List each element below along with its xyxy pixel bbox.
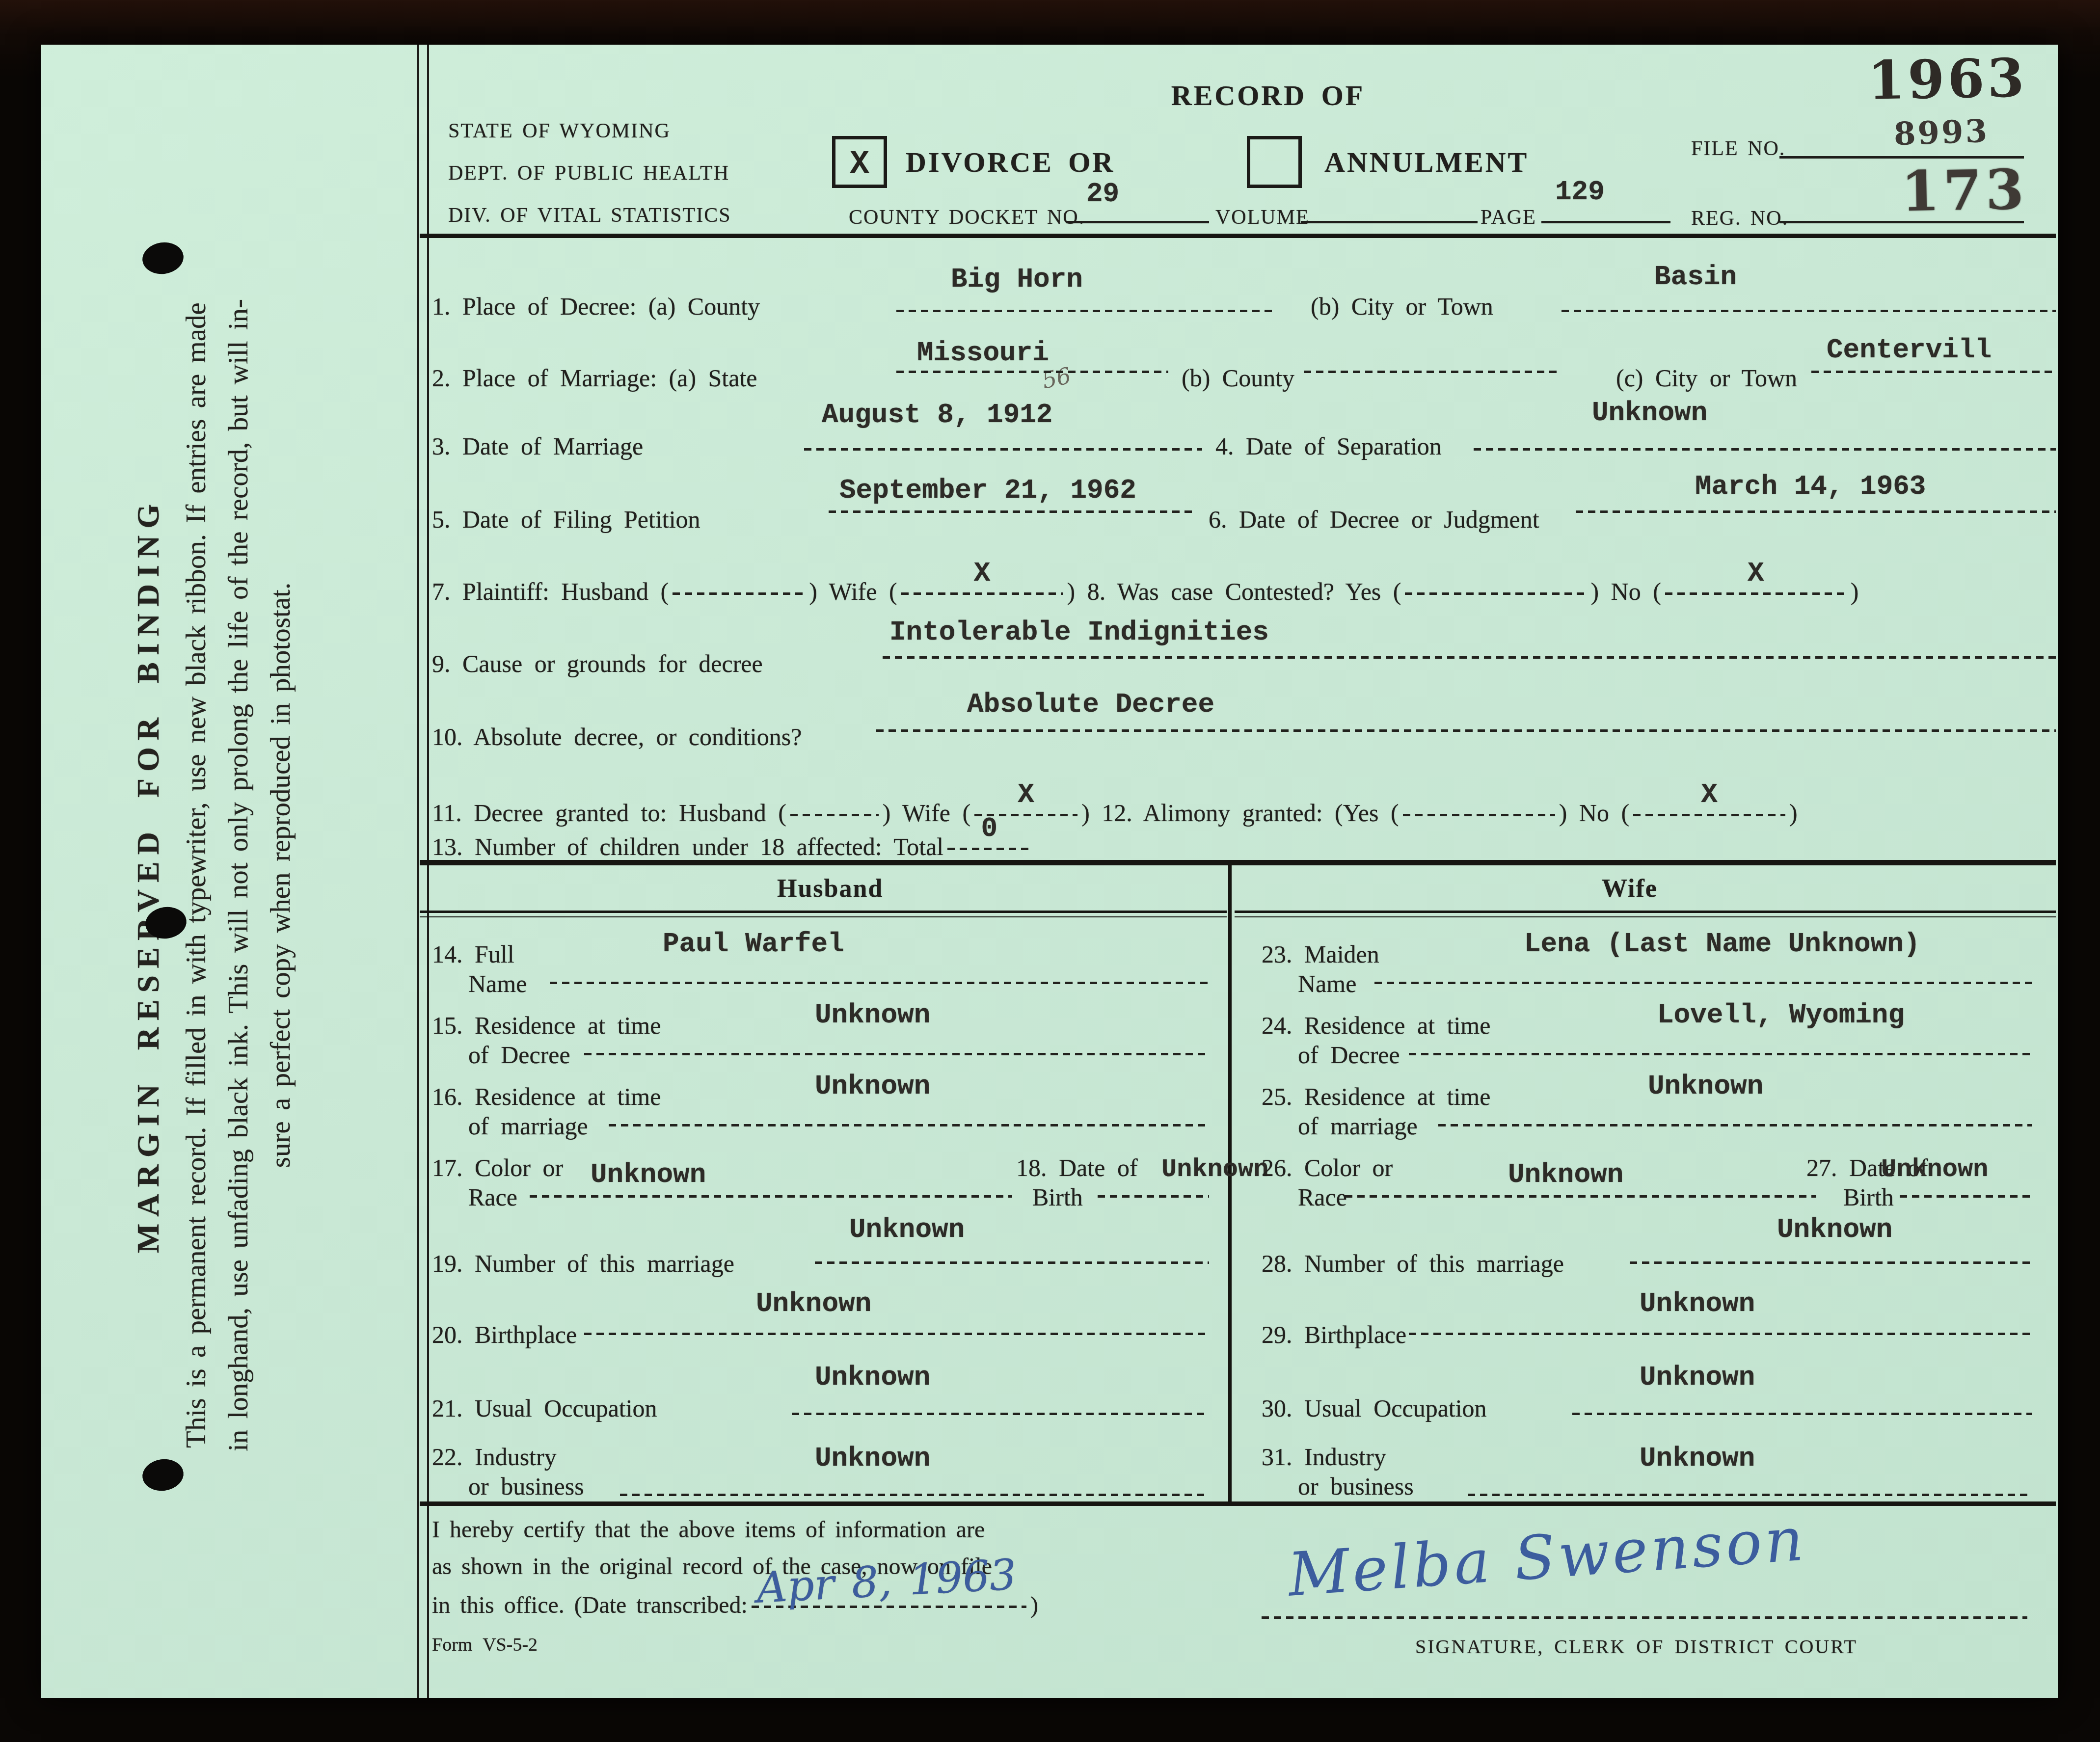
- county-docket-value: 29: [1086, 178, 1119, 210]
- field27-label2: Birth: [1843, 1183, 1894, 1211]
- field18-label1: 18. Date of: [1016, 1153, 1138, 1182]
- agency-line-2: DEPT. OF PUBLIC HEALTH: [448, 161, 729, 185]
- field30-label: 30. Usual Occupation: [1262, 1394, 1487, 1422]
- item3-label: 3. Date of Marriage: [432, 432, 643, 460]
- field24-value: Lovell, Wyoming: [1657, 999, 1905, 1031]
- field14-line: [550, 982, 1209, 984]
- field20-value: Unknown: [756, 1288, 871, 1319]
- item6-label: 6. Date of Decree or Judgment: [1209, 505, 1539, 534]
- wife-header-rule: [1235, 911, 2056, 913]
- item1-city-value: Basin: [1654, 261, 1737, 293]
- field23-label2: Name: [1298, 969, 1356, 998]
- field31-value: Unknown: [1640, 1443, 1755, 1474]
- section-bottom-rule: [420, 1501, 2056, 1506]
- binding-margin-title: MARGIN RESERVED FOR BINDING: [130, 80, 166, 1670]
- file-no-value: 8993: [1893, 113, 1990, 153]
- binding-margin-line: in longhand, use unfading black ink. Thi…: [217, 80, 260, 1670]
- field14-label2: Name: [468, 969, 527, 998]
- field22-label2: or business: [468, 1472, 584, 1501]
- signature-line: [1262, 1616, 2027, 1619]
- margin-divider-rule: [417, 45, 429, 1698]
- field16-line: [609, 1124, 1209, 1126]
- item13-label: 13. Number of children under 18 affected…: [432, 833, 943, 860]
- field26-label2: Race: [1298, 1183, 1347, 1211]
- item6-line: [1576, 510, 2056, 513]
- reg-no-value: 173: [1901, 158, 2028, 224]
- field25-line: [1438, 1124, 2032, 1126]
- annulment-checkbox: [1247, 136, 1302, 188]
- field29-line: [1409, 1333, 2032, 1335]
- field19-line: [815, 1261, 1209, 1264]
- certification-line3-row: in this office. (Date transcribed:Apr 8,…: [432, 1592, 1038, 1619]
- item12-label-part: ) No (: [1559, 799, 1629, 827]
- item1-county-value: Big Horn: [951, 264, 1083, 295]
- page-label: PAGE: [1481, 206, 1536, 229]
- divorce-check-mark: X: [850, 145, 869, 182]
- item8-no-mark: X: [1748, 558, 1764, 589]
- field26-value: Unknown: [1508, 1159, 1623, 1190]
- field15-line: [584, 1053, 1209, 1055]
- certification-line3: in this office. (Date transcribed:: [432, 1592, 748, 1618]
- item1-label: 1. Place of Decree: (a) County: [432, 292, 760, 321]
- field24-line: [1409, 1053, 2032, 1055]
- field15-label1: 15. Residence at time: [432, 1011, 661, 1040]
- field23-value: Lena (Last Name Unknown): [1524, 928, 1920, 960]
- husband-header-rule: [420, 911, 1227, 913]
- field25-value: Unknown: [1648, 1071, 1763, 1102]
- form-number: Form VS-5-2: [432, 1634, 538, 1656]
- section-top-rule: [420, 860, 2056, 865]
- item12-no-blank: X: [1633, 814, 1785, 816]
- volume-line: [1301, 221, 1478, 223]
- field27-line: [1900, 1195, 2032, 1198]
- item11-label-part: 11. Decree granted to: Husband (: [432, 799, 786, 827]
- field30-value: Unknown: [1640, 1362, 1755, 1393]
- field29-value: Unknown: [1640, 1288, 1755, 1319]
- field14-value: Paul Warfel: [663, 928, 844, 960]
- item2-city-label: (c) City or Town: [1616, 364, 1797, 392]
- field23-label1: 23. Maiden: [1262, 940, 1379, 968]
- item7-label-part: ) Wife (: [809, 578, 897, 605]
- item5-label: 5. Date of Filing Petition: [432, 505, 700, 534]
- item7-label-part: 7. Plaintiff: Husband (: [432, 578, 669, 605]
- item11-12-row: 11. Decree granted to: Husband () Wife (…: [432, 799, 1798, 827]
- field17-label1: 17. Color or: [432, 1153, 563, 1182]
- field24-label2: of Decree: [1298, 1041, 1400, 1069]
- item2-pencil-note: 56: [1040, 362, 1073, 394]
- form-card: MARGIN RESERVED FOR BINDING This is a pe…: [41, 45, 2058, 1698]
- item4-line: [1474, 448, 2056, 451]
- item1-city-label: (b) City or Town: [1311, 292, 1493, 321]
- item1-county-line: [896, 310, 1277, 312]
- field22-line: [620, 1494, 1209, 1496]
- item4-label: 4. Date of Separation: [1215, 432, 1442, 460]
- field29-label: 29. Birthplace: [1262, 1320, 1406, 1349]
- item11-label-part: ) Wife (: [883, 799, 970, 827]
- field20-label: 20. Birthplace: [432, 1320, 577, 1349]
- certification-line1: I hereby certify that the above items of…: [432, 1516, 985, 1543]
- field15-label2: of Decree: [468, 1041, 570, 1069]
- county-docket-line: [1066, 221, 1209, 223]
- item2-state-line: [896, 371, 1168, 373]
- volume-label: VOLUME: [1215, 206, 1310, 229]
- item11-wife-mark: X: [1018, 779, 1034, 810]
- item9-label: 9. Cause or grounds for decree: [432, 649, 763, 678]
- file-year-stamp: 1963: [1867, 47, 2028, 112]
- item9-line: [883, 656, 2056, 659]
- wife-section-title: Wife: [1602, 874, 1658, 903]
- agency-line-1: STATE OF WYOMING: [448, 119, 671, 143]
- field15-value: Unknown: [815, 999, 930, 1031]
- field17-line: [530, 1195, 1012, 1198]
- header-rule: [420, 234, 2056, 238]
- field24-label1: 24. Residence at time: [1262, 1011, 1490, 1040]
- signature-caption: SIGNATURE, CLERK OF DISTRICT COURT: [1415, 1635, 1858, 1658]
- item3-value: August 8, 1912: [822, 399, 1052, 430]
- field30-line: [1572, 1413, 2032, 1415]
- field23-line: [1374, 982, 2032, 984]
- item9-value: Intolerable Indignities: [889, 616, 1269, 648]
- husband-section-title: Husband: [777, 874, 883, 903]
- certification-close-paren: ): [1030, 1592, 1038, 1618]
- item10-line: [876, 729, 2056, 732]
- item2-label: 2. Place of Marriage: (a) State: [432, 364, 757, 392]
- item2-county-line: [1304, 371, 1562, 373]
- field19-label: 19. Number of this marriage: [432, 1249, 734, 1278]
- item1-city-line: [1562, 310, 2056, 312]
- item5-line: [829, 510, 1195, 513]
- field31-line: [1468, 1494, 2032, 1496]
- clerk-signature: Melba Swenson: [1286, 1504, 1808, 1609]
- item5-value: September 21, 1962: [839, 475, 1136, 506]
- field18-line: [1098, 1195, 1209, 1198]
- field18-value: Unknown: [1161, 1155, 1268, 1184]
- date-transcribed-blank: Apr 8, 1963: [752, 1606, 1026, 1608]
- item4-value: Unknown: [1592, 397, 1707, 429]
- field18-label2: Birth: [1032, 1183, 1083, 1211]
- item10-label: 10. Absolute decree, or conditions?: [432, 723, 802, 751]
- field21-label: 21. Usual Occupation: [432, 1394, 657, 1422]
- field25-label1: 25. Residence at time: [1262, 1082, 1490, 1111]
- item7-wife-mark: X: [974, 558, 991, 589]
- husband-header-rule2: [420, 916, 1227, 917]
- field26-label1: 26. Color or: [1262, 1153, 1393, 1182]
- item12-label-part: ): [1789, 799, 1798, 827]
- field28-label: 28. Number of this marriage: [1262, 1249, 1564, 1278]
- item7-husband-blank: [673, 592, 805, 595]
- item2-county-label: (b) County: [1182, 364, 1294, 392]
- field31-label2: or business: [1298, 1472, 1414, 1501]
- item12-no-mark: X: [1701, 779, 1718, 810]
- binding-margin-line: This is a permanent record. If filled in…: [175, 80, 217, 1670]
- item2-city-line: [1811, 371, 2056, 373]
- item6-value: March 14, 1963: [1695, 471, 1926, 502]
- item8-yes-blank: [1405, 592, 1587, 595]
- field16-label2: of marriage: [468, 1112, 588, 1140]
- field26-line: [1345, 1195, 1816, 1198]
- item13-row: 13. Number of children under 18 affected…: [432, 832, 1035, 861]
- item10-value: Absolute Decree: [967, 689, 1214, 720]
- field27-value: Unknown: [1881, 1155, 1988, 1184]
- wife-header-rule2: [1235, 916, 2056, 917]
- item8-label-part: ): [1851, 578, 1859, 605]
- item8-label-part: ) 8. Was case Contested? Yes (: [1067, 578, 1401, 605]
- divorce-label: DIVORCE OR: [906, 146, 1115, 179]
- reg-no-label: REG. NO.: [1691, 207, 1788, 230]
- item2-city-value: Centervill: [1827, 334, 1992, 366]
- field22-value: Unknown: [815, 1443, 930, 1474]
- page-value: 129: [1555, 176, 1605, 208]
- field21-value: Unknown: [815, 1362, 930, 1393]
- scanned-divorce-record: { "margin": { "title": "MARGIN RESERVED …: [0, 0, 2100, 1742]
- item7-wife-blank: X: [901, 592, 1063, 595]
- file-no-label: FILE NO.: [1691, 137, 1785, 161]
- item12-yes-blank: [1403, 814, 1555, 816]
- field25-label2: of marriage: [1298, 1112, 1418, 1140]
- form-title: RECORD OF: [1111, 79, 1425, 112]
- field17-value: Unknown: [591, 1159, 706, 1190]
- item7-8-row: 7. Plaintiff: Husband () Wife (X) 8. Was…: [432, 577, 1859, 606]
- field19-value: Unknown: [849, 1214, 965, 1245]
- agency-line-3: DIV. OF VITAL STATISTICS: [448, 204, 731, 227]
- reg-no-line: [1779, 221, 2024, 223]
- field16-value: Unknown: [815, 1071, 930, 1102]
- item3-line: [804, 448, 1202, 451]
- item11-husband-blank: [790, 814, 879, 816]
- item2-state-value: Missouri: [917, 337, 1049, 369]
- item12-label-part: ) 12. Alimony granted: (Yes (: [1081, 799, 1399, 827]
- field28-value: Unknown: [1777, 1214, 1892, 1245]
- field20-line: [584, 1333, 1209, 1335]
- binding-margin-text: MARGIN RESERVED FOR BINDING This is a pe…: [130, 80, 317, 1670]
- field21-line: [792, 1413, 1209, 1415]
- item8-label-part: ) No (: [1590, 578, 1661, 605]
- divorce-checkbox: X: [832, 136, 887, 188]
- field22-label1: 22. Industry: [432, 1443, 557, 1471]
- field17-label2: Race: [468, 1183, 517, 1211]
- field16-label1: 16. Residence at time: [432, 1082, 661, 1111]
- page-line: [1541, 221, 1670, 223]
- item13-total-blank: 0: [947, 848, 1031, 850]
- item13-total-value: 0: [981, 813, 997, 844]
- field28-line: [1630, 1261, 2032, 1264]
- field14-label1: 14. Full: [432, 940, 514, 968]
- binding-margin-line: sure a perfect copy when reproduced in p…: [260, 80, 302, 1670]
- field31-label1: 31. Industry: [1262, 1443, 1386, 1471]
- item8-no-blank: X: [1665, 592, 1847, 595]
- annulment-label: ANNULMENT: [1324, 146, 1529, 179]
- county-docket-label: COUNTY DOCKET NO.: [849, 206, 1085, 229]
